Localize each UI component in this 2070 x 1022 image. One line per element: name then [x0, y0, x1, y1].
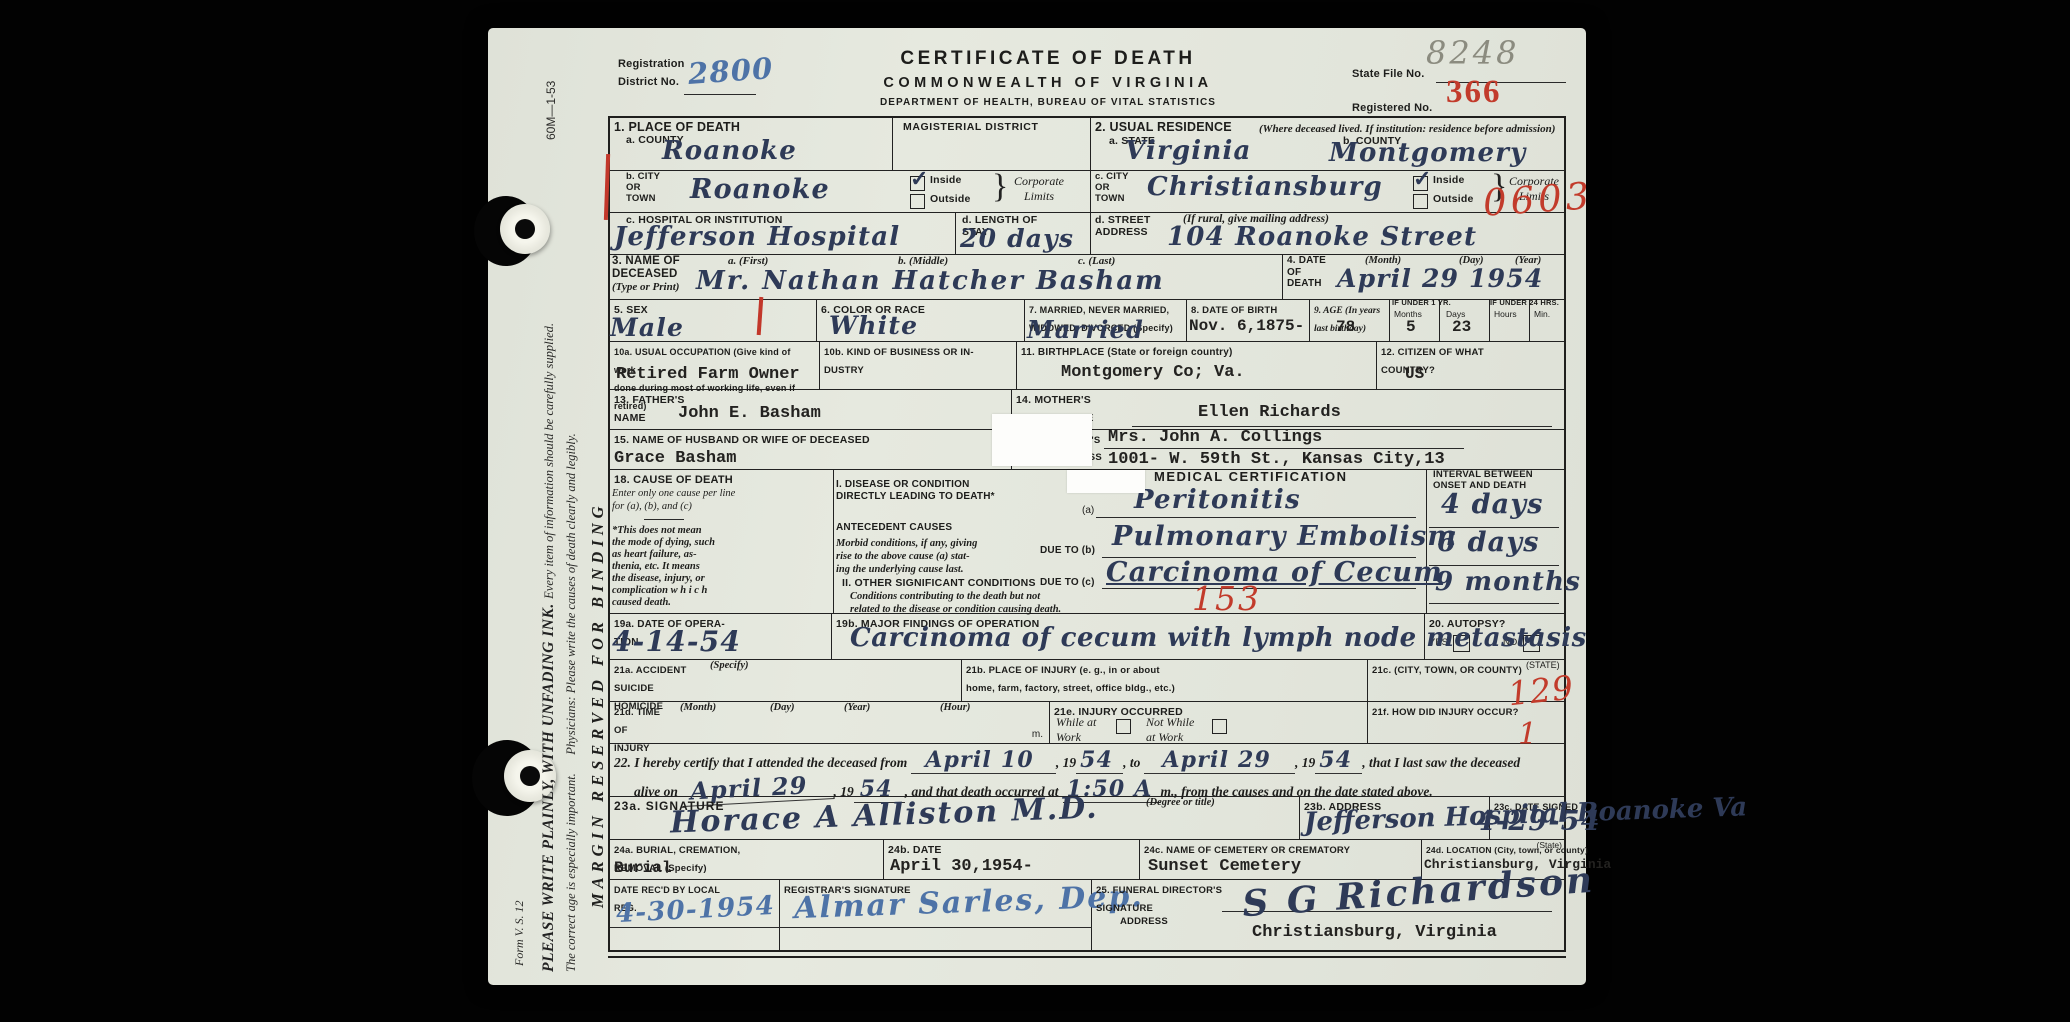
- field-burial-type: 24a. BURIAL, CREMATION, REMOVAL (Specify…: [610, 839, 884, 879]
- cause-note2: *This does not mean the mode of dying, s…: [612, 525, 715, 609]
- mother-value: Ellen Richards: [1198, 403, 1341, 422]
- father-value: John E. Basham: [678, 404, 821, 423]
- residence-inside-checkmark-icon: ✓: [1413, 168, 1431, 190]
- not-while-at-work-checkbox: [1212, 719, 1227, 734]
- row-sex-age: 5. SEX Male 6. COLOR OR RACE White 7. MA…: [610, 299, 1564, 342]
- funeral-address-value: Christiansburg, Virginia: [1252, 923, 1497, 942]
- margin-reserved: MARGIN RESERVED FOR BINDING: [588, 501, 608, 908]
- certify-p2: , 19: [1056, 755, 1076, 770]
- field-age: 9. AGE (In years last birthday) 78: [1310, 299, 1390, 341]
- cause-title: 18. CAUSE OF DEATH: [614, 474, 733, 486]
- field-major-findings: 19b. MAJOR FINDINGS OF OPERATION Carcino…: [832, 613, 1425, 659]
- field-marital-status: 7. MARRIED, NEVER MARRIED, WIDOWED, DIVO…: [1025, 299, 1187, 341]
- cause-b-value: Pulmonary Embolism: [1112, 521, 1457, 552]
- row-occupation: 10a. USUAL OCCUPATION (Give kind of work…: [610, 341, 1564, 390]
- margin-print-code: 60M—1-53: [544, 81, 558, 140]
- interval-c-value: 9 months: [1435, 567, 1581, 597]
- margin-write-plainly: PLEASE WRITE PLAINLY, WITH UNFADING INK.…: [540, 323, 558, 972]
- state-file-value: 8248: [1426, 34, 1519, 72]
- funeral-director-label: 25. FUNERAL DIRECTOR'S SIGNATURE: [1096, 885, 1222, 914]
- registration-label: Registration: [618, 58, 685, 71]
- injury-month-label: (Month): [680, 702, 716, 713]
- funeral-address-label: ADDRESS: [1120, 917, 1168, 928]
- cause-note-divider: [644, 519, 684, 520]
- cause-c-value: Carcinoma of Cecum: [1106, 557, 1443, 588]
- field-usual-residence: 2. USUAL RESIDENCE (Where deceased lived…: [1090, 118, 1564, 254]
- how-injury-red-mark: 1: [1518, 717, 1537, 752]
- field-spouse: 15. NAME OF HUSBAND OR WIFE OF DECEASED …: [610, 429, 1012, 469]
- redaction-box-medcert: [1067, 470, 1145, 493]
- margin-every-item: Every item of information should be care…: [542, 323, 556, 599]
- antecedent-label: ANTECEDENT CAUSES: [836, 522, 952, 534]
- name-value: Mr. Nathan Hatcher Basham: [696, 266, 1165, 296]
- cause-a-label: (a): [1082, 505, 1094, 516]
- title-block: CERTIFICATE OF DEATH COMMONWEALTH OF VIR…: [798, 48, 1298, 108]
- major-findings-value: Carcinoma of cecum with lymph node metas…: [850, 623, 1587, 653]
- field-interval-column: INTERVAL BETWEEN ONSET AND DEATH 4 days …: [1427, 469, 1564, 613]
- while-at-work-label: While at Work: [1056, 715, 1096, 745]
- field-registrar-signature: REGISTRAR'S SIGNATURE Almar Sarles, Dep.: [780, 879, 1092, 950]
- place-outside-checkbox: [910, 194, 925, 209]
- residence-county-value: Montgomery: [1329, 138, 1526, 168]
- citizen-value: US: [1405, 365, 1424, 383]
- field-date-of-birth: 8. DATE OF BIRTH Nov. 6,1875-: [1187, 299, 1310, 341]
- interval-c-line: [1429, 603, 1559, 604]
- cause-b-label: DUE TO (b): [1040, 545, 1095, 557]
- interval-b-line: [1429, 565, 1559, 566]
- injury-city-label: 21c. (CITY, TOWN, OR COUNTY): [1372, 665, 1522, 676]
- spouse-value: Grace Basham: [614, 449, 736, 468]
- residence-state-value: Virginia: [1125, 136, 1252, 166]
- field-cause-of-death-notes: 18. CAUSE OF DEATH Enter only one cause …: [610, 469, 834, 613]
- informant-address-value: 1001- W. 59th St., Kansas City,13: [1108, 450, 1445, 469]
- birthplace-value: Montgomery Co; Va.: [1061, 363, 1245, 382]
- field-date-of-death: 4. DATE OF DEATH (Month) (Day) (Year) Ap…: [1283, 254, 1564, 299]
- date-received-line: [610, 927, 780, 928]
- place-corporate-brace: }: [992, 172, 1008, 203]
- punch-hole-top: [500, 204, 550, 254]
- field-place-of-death: 1. PLACE OF DEATH a. COUNTY Roanoke MAGI…: [610, 118, 1090, 254]
- row-name-dod: 3. NAME OF DECEASED (Type or Print) a. (…: [610, 254, 1564, 300]
- business-label: 10b. KIND OF BUSINESS OR IN- DUSTRY: [824, 347, 974, 376]
- min-label: Min.: [1534, 309, 1550, 319]
- father-label: 13. FATHER'S NAME: [614, 394, 685, 424]
- registered-no-label: Registered No.: [1352, 102, 1432, 115]
- residence-outside-checkbox: [1413, 194, 1428, 209]
- length-of-stay-value: 20 days: [960, 224, 1074, 253]
- sex-red-mark: [757, 297, 763, 335]
- field-certify-statement: 22. I hereby certify that I attended the…: [610, 743, 1564, 796]
- informant-line: [1104, 448, 1464, 449]
- field-date-received: DATE REC'D BY LOCAL REG. 4-30-1954: [610, 879, 780, 950]
- margin-correct-age-text: The correct age is especially important.: [564, 773, 578, 972]
- field-date-of-operation: 19a. DATE OF OPERA- TION 4-14-54: [610, 613, 832, 659]
- field-burial-date: 24b. DATE April 30,1954-: [884, 839, 1140, 879]
- field-father-name: 13. FATHER'S NAME John E. Basham: [610, 389, 1012, 429]
- certify-p3: , to: [1123, 755, 1140, 770]
- hours-label: Hours: [1494, 309, 1517, 319]
- field-time-of-injury: 21d. TIME OF INJURY (Month) (Day) (Year)…: [610, 701, 1050, 743]
- cemetery-label: 24c. NAME OF CEMETERY OR CREMATORY: [1144, 845, 1350, 856]
- name-title: 3. NAME OF DECEASED: [612, 255, 680, 281]
- field-funeral-director: 25. FUNERAL DIRECTOR'S SIGNATURE S G Ric…: [1092, 879, 1564, 950]
- cause-a-line: [1096, 517, 1416, 518]
- residence-inside-label: Inside: [1433, 174, 1465, 186]
- residence-red-stamp: 0603: [1482, 174, 1595, 225]
- dob-label: 8. DATE OF BIRTH: [1191, 305, 1277, 316]
- margin-physicians-text: Physicians: Please write the causes of d…: [564, 433, 578, 754]
- margin-form-number: Form V. S. 12: [512, 901, 527, 966]
- dob-value: Nov. 6,1875-: [1189, 317, 1304, 335]
- cemetery-value: Sunset Cemetery: [1148, 857, 1301, 876]
- place-inside-label: Inside: [930, 174, 962, 186]
- residence-street-label: d. STREET ADDRESS: [1095, 214, 1150, 238]
- residence-street-value: 104 Roanoke Street: [1167, 222, 1477, 252]
- registered-no-value: 366: [1446, 74, 1502, 111]
- race-value: White: [829, 311, 918, 340]
- margin-write-plainly-main: PLEASE WRITE PLAINLY, WITH UNFADING INK.: [540, 603, 557, 972]
- injury-year-label: (Year): [844, 702, 870, 713]
- injury-hour-label: (Hour): [940, 702, 970, 713]
- place-of-injury-label: 21b. PLACE OF INJURY (e. g., in or about…: [966, 665, 1175, 694]
- physician-signature-value: Horace A Alliston M.D.: [670, 791, 1100, 841]
- age-value: 78: [1336, 318, 1355, 336]
- district-no-line: [684, 94, 756, 95]
- registrar-signature-line: [780, 927, 1092, 928]
- residence-outside-label: Outside: [1433, 193, 1474, 205]
- injury-red-code: 129: [1506, 668, 1576, 714]
- place-hospital-value: Jefferson Hospital: [614, 222, 900, 252]
- certify-from-date: April 10: [911, 747, 1056, 774]
- days-value: 23: [1452, 318, 1471, 336]
- occupation-value: Retired Farm Owner: [616, 365, 800, 384]
- field-business-industry: 10b. KIND OF BUSINESS OR IN- DUSTRY: [820, 341, 1017, 389]
- field-informant: 17. INFORMANT'S SIGNATURE Mrs. John A. C…: [1012, 429, 1564, 469]
- certify-to-date: April 29: [1144, 747, 1295, 774]
- field-injury-occurred: 21e. INJURY OCCURRED While at Work Not W…: [1050, 701, 1368, 743]
- mother-line: [1132, 426, 1552, 427]
- operation-date-value: 4-14-54: [612, 625, 741, 658]
- margin-correct-age: The correct age is especially important.…: [562, 433, 580, 972]
- district-no-value: 2800: [687, 51, 775, 91]
- dod-value: April 29 1954: [1337, 264, 1543, 293]
- spouse-label: 15. NAME OF HUSBAND OR WIFE OF DECEASED: [614, 434, 870, 446]
- dod-title: 4. DATE OF DEATH: [1287, 255, 1326, 290]
- place-county-value: Roanoke: [662, 136, 797, 166]
- birthplace-label: 11. BIRTHPLACE (State or foreign country…: [1021, 347, 1233, 358]
- row-physician-signature: 23a. SIGNATURE (Degree or title) Horace …: [610, 796, 1564, 840]
- cause-note1: Enter only one cause per line for (a), (…: [612, 487, 735, 513]
- state-file-label: State File No.: [1352, 68, 1424, 81]
- certify-p1: 22. I hereby certify that I attended the…: [614, 755, 907, 770]
- field-under-1yr-months: IF UNDER 1 YR. Months 5: [1390, 299, 1440, 341]
- field-citizen: 12. CITIZEN OF WHAT COUNTRY? US: [1377, 341, 1564, 389]
- certify-to-year: 54: [1315, 747, 1362, 774]
- place-outside-label: Outside: [930, 193, 971, 205]
- place-city-value: Roanoke: [690, 174, 830, 205]
- row-registrar: DATE REC'D BY LOCAL REG. 4-30-1954 REGIS…: [610, 879, 1564, 950]
- not-while-at-work-label: Not While at Work: [1146, 715, 1194, 745]
- field-color-race: 6. COLOR OR RACE White: [817, 299, 1025, 341]
- medical-certification-header: MEDICAL CERTIFICATION: [1154, 470, 1348, 485]
- field-physician-address: 23b. ADDRESS Jefferson Hospital Roanoke …: [1300, 796, 1490, 839]
- field-occupation: 10a. USUAL OCCUPATION (Give kind of work…: [610, 341, 820, 389]
- certificate-subtitle: COMMONWEALTH OF VIRGINIA: [798, 75, 1298, 91]
- name-type-note: (Type or Print): [612, 281, 679, 293]
- burial-date-label: 24b. DATE: [888, 844, 942, 856]
- certify-p5: , that I last saw the deceased: [1362, 755, 1520, 770]
- interval-b-value: 6 days: [1437, 527, 1540, 558]
- disease-label: I. DISEASE OR CONDITION DIRECTLY LEADING…: [836, 479, 995, 502]
- while-at-work-checkbox: [1116, 719, 1131, 734]
- interval-a-value: 4 days: [1441, 489, 1544, 520]
- burial-location-state-note: (State): [1536, 840, 1562, 850]
- degree-title-note: (Degree or title): [1146, 797, 1215, 808]
- field-accident-suicide: 21a. ACCIDENT SUICIDE HOMICIDE (Specify): [610, 659, 962, 701]
- field-place-of-injury: 21b. PLACE OF INJURY (e. g., in or about…: [962, 659, 1368, 701]
- certificate-dept: DEPARTMENT OF HEALTH, BUREAU OF VITAL ST…: [798, 97, 1298, 108]
- field-sex: 5. SEX Male: [610, 299, 817, 341]
- certificate-title: CERTIFICATE OF DEATH: [798, 48, 1298, 70]
- cause-red-code: 153: [1192, 579, 1261, 618]
- place-inside-checkmark-icon: ✓: [910, 168, 928, 190]
- other-conditions-label: II. OTHER SIGNIFICANT CONDITIONS: [842, 577, 1036, 589]
- field-birthplace: 11. BIRTHPLACE (State or foreign country…: [1017, 341, 1377, 389]
- place-of-death-title: 1. PLACE OF DEATH: [614, 120, 740, 134]
- months-value: 5: [1406, 318, 1416, 336]
- field-physician-signature: 23a. SIGNATURE (Degree or title) Horace …: [610, 796, 1300, 839]
- field-under-24h-hours: IF UNDER 24 HRS. Hours: [1490, 299, 1530, 341]
- burial-date-value: April 30,1954-: [890, 857, 1033, 876]
- magisterial-district-label: MAGISTERIAL DISTRICT: [903, 121, 1091, 133]
- certificate-paper: Form V. S. 12 PLEASE WRITE PLAINLY, WITH…: [488, 28, 1586, 985]
- scanned-death-certificate: Form V. S. 12 PLEASE WRITE PLAINLY, WITH…: [0, 0, 2070, 1022]
- field-name-of-deceased: 3. NAME OF DECEASED (Type or Print) a. (…: [610, 254, 1283, 299]
- citizen-label: 12. CITIZEN OF WHAT COUNTRY?: [1381, 347, 1484, 376]
- certificate-form: 1. PLACE OF DEATH a. COUNTY Roanoke MAGI…: [608, 116, 1566, 952]
- row-place-residence: 1. PLACE OF DEATH a. COUNTY Roanoke MAGI…: [610, 118, 1564, 255]
- place-city-label: b. CITY OR TOWN: [626, 172, 660, 205]
- bottom-double-rule: [608, 956, 1566, 958]
- sex-value: Male: [610, 313, 684, 342]
- field-injury-city: 21c. (CITY, TOWN, OR COUNTY) (STATE) 129: [1368, 659, 1564, 701]
- cause-a-value: Peritonitis: [1134, 485, 1301, 515]
- district-no-label: District No.: [618, 76, 679, 89]
- residence-city-value: Christiansburg: [1147, 172, 1383, 202]
- injury-m-label: m.: [1032, 729, 1043, 740]
- row-operation: 19a. DATE OF OPERA- TION 4-14-54 19b. MA…: [610, 613, 1564, 660]
- row-accident: 21a. ACCIDENT SUICIDE HOMICIDE (Specify)…: [610, 659, 1564, 702]
- field-under-1yr-days: Days 23: [1440, 299, 1490, 341]
- burial-location-label: 24d. LOCATION (City, town, or county): [1426, 845, 1588, 855]
- residence-title: 2. USUAL RESIDENCE: [1095, 120, 1232, 134]
- informant-value: Mrs. John A. Collings: [1108, 428, 1322, 447]
- date-received-value: 4-30-1954: [615, 891, 775, 929]
- certify-p4: , 19: [1295, 755, 1315, 770]
- how-injury-label: 21f. HOW DID INJURY OCCUR?: [1372, 707, 1519, 718]
- residence-title-note: (Where deceased lived. If institution: r…: [1259, 123, 1555, 135]
- cause-c-label: DUE TO (c): [1040, 577, 1095, 589]
- morbid-note: Morbid conditions, if any, giving rise t…: [836, 537, 977, 576]
- residence-city-label: c. CITY OR TOWN: [1095, 172, 1129, 205]
- date-signed-value: 4-29-54: [1476, 806, 1601, 837]
- redaction-box-field16: [992, 414, 1092, 466]
- row-time-of-injury: 21d. TIME OF INJURY (Month) (Day) (Year)…: [610, 701, 1564, 744]
- burial-value: Burial: [614, 859, 672, 877]
- row-certify-statement: 22. I hereby certify that I attended the…: [610, 743, 1564, 797]
- accident-specify-note: (Specify): [710, 660, 748, 671]
- marital-value: Married: [1027, 315, 1144, 344]
- field-under-24h-min: Min.: [1530, 299, 1564, 341]
- field-mother-name: 14. MOTHER'S MAIDEN NAME Ellen Richards: [1012, 389, 1564, 429]
- place-corporate-label: Corporate Limits: [1014, 174, 1064, 204]
- injury-day-label: (Day): [770, 702, 795, 713]
- certify-from-year: 54: [1076, 747, 1123, 774]
